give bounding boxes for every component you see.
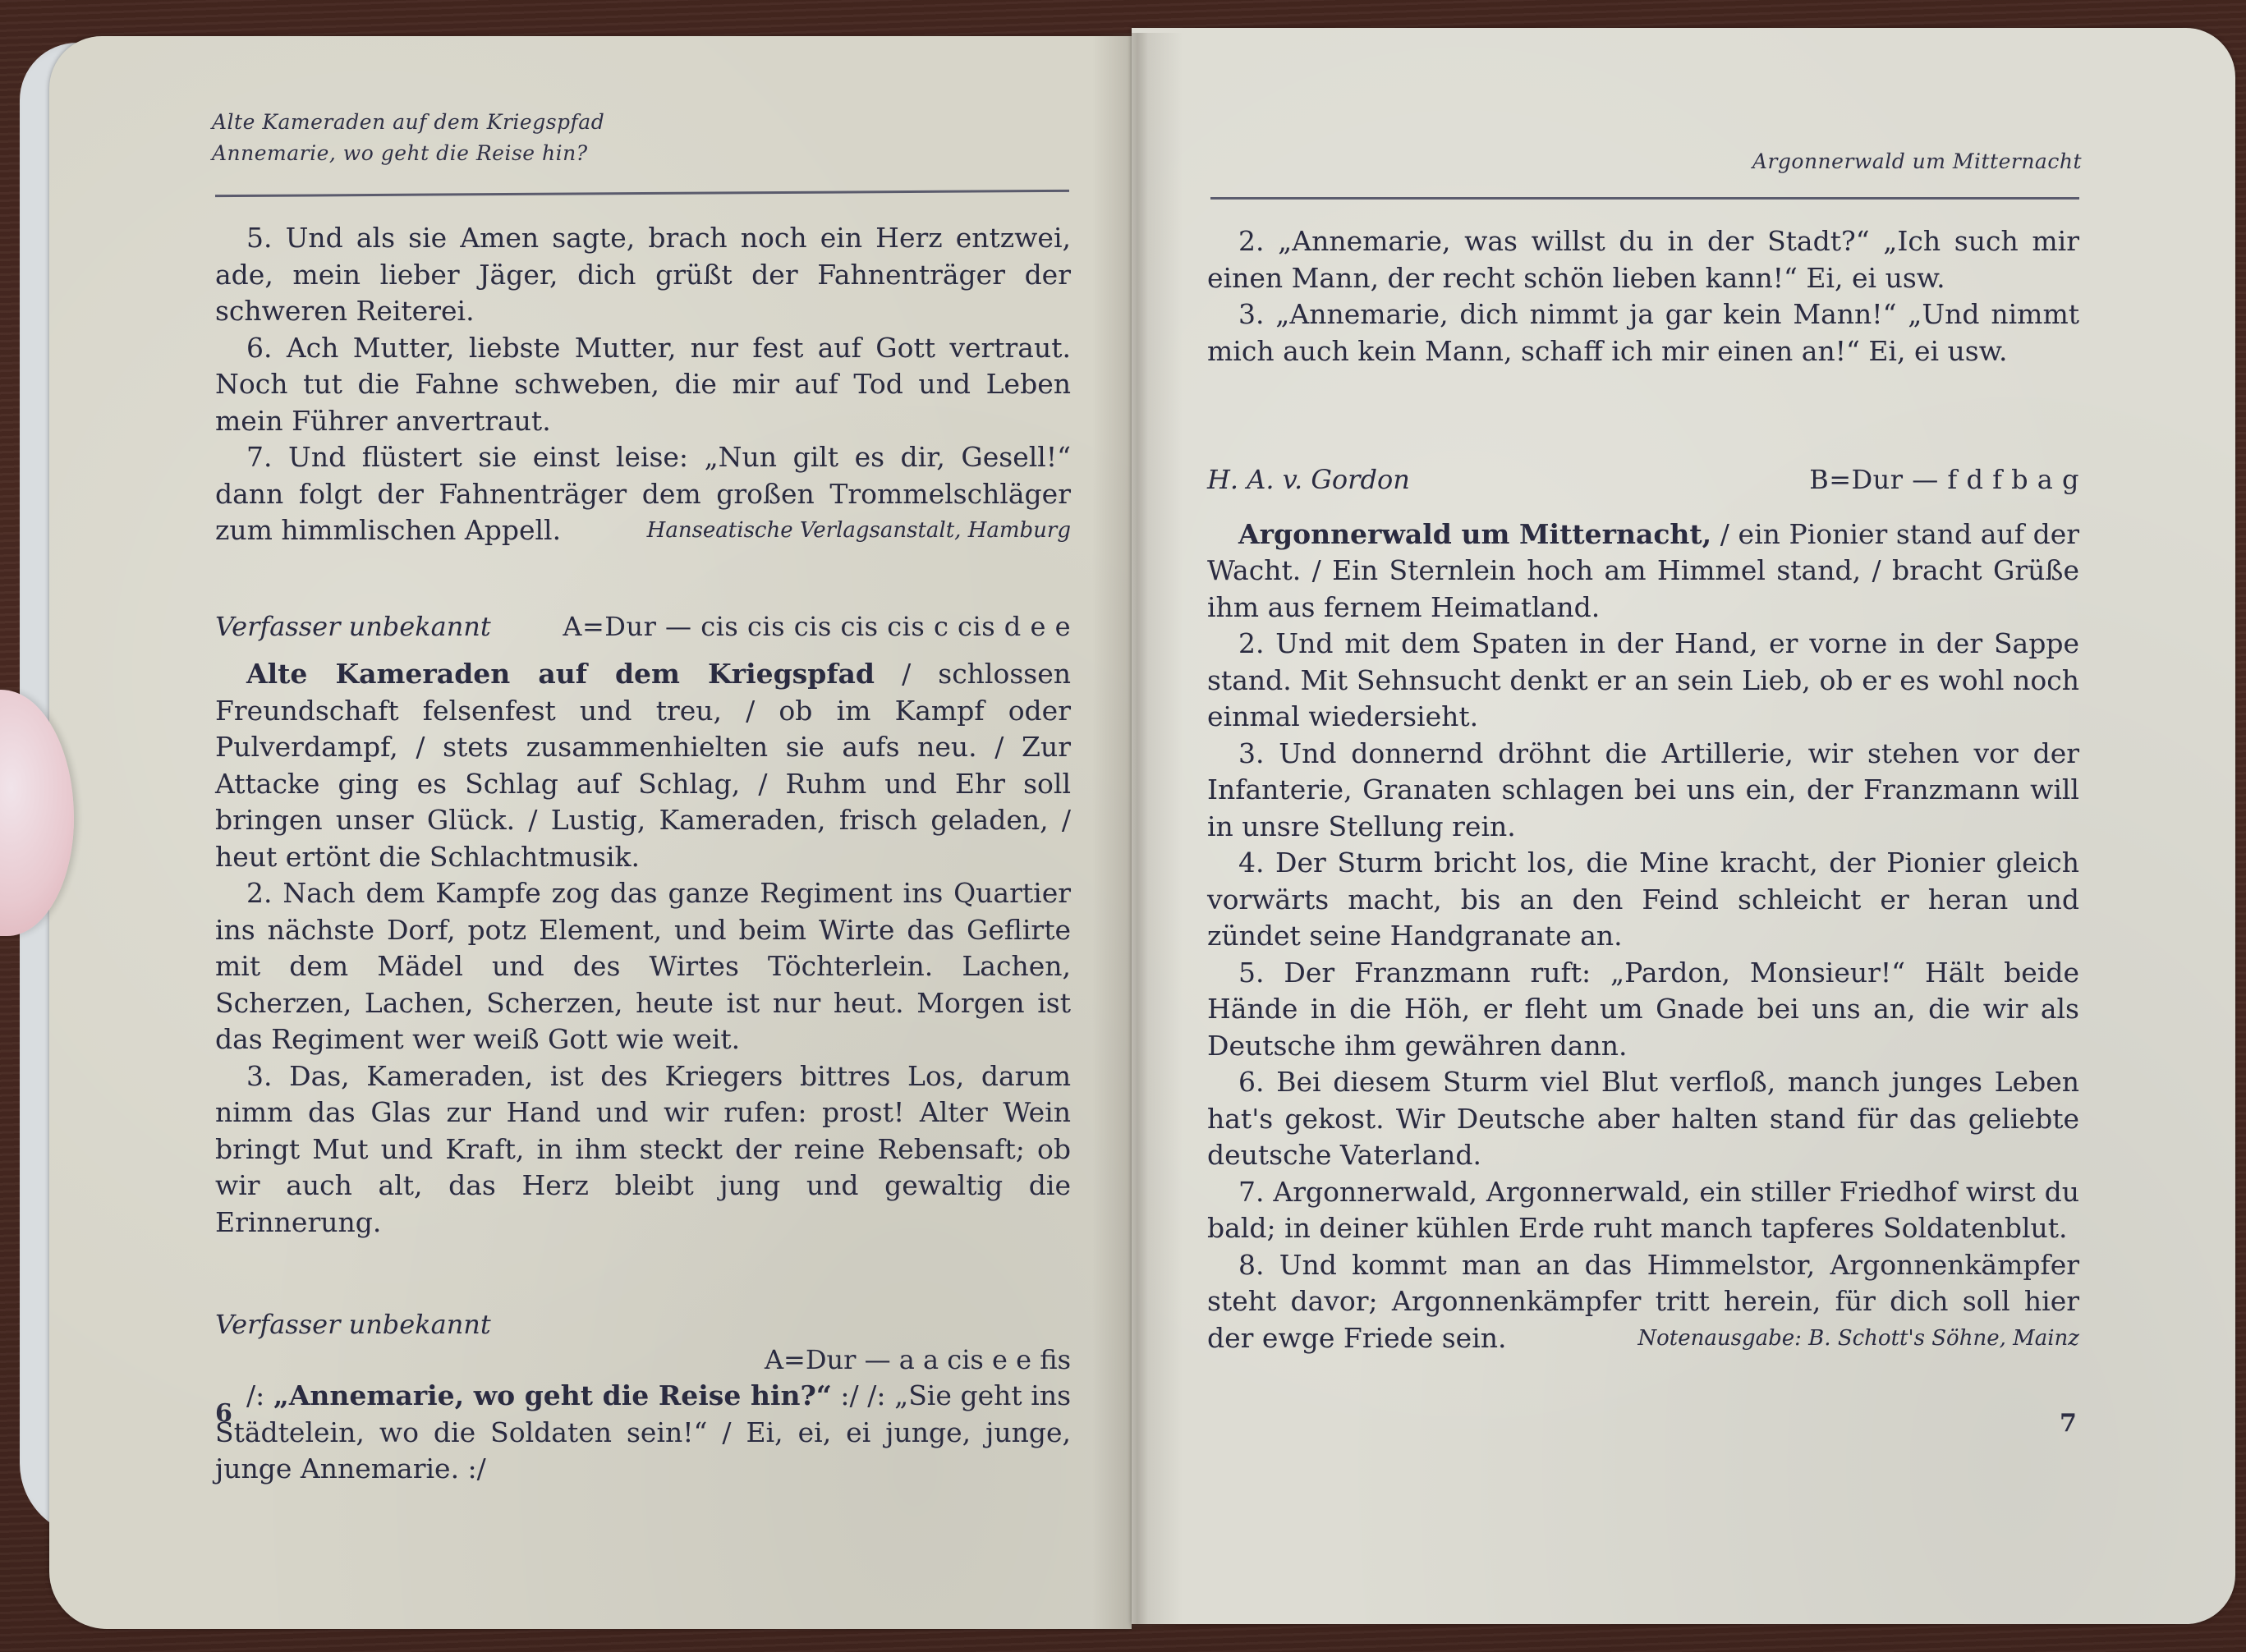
verse-7-argonnerwald: 7. Argonnerwald, Argonnerwald, ein still… bbox=[1207, 1174, 2079, 1247]
spacer bbox=[1207, 369, 2079, 461]
repeat-sign: /: bbox=[246, 1379, 273, 1411]
song-author: Verfasser unbekannt bbox=[215, 608, 491, 645]
song-header-alte-kameraden: Verfasser unbekannt A=Dur — cis cis cis … bbox=[215, 608, 1071, 645]
verse-6-argonnerwald: 6. Bei diesem Sturm viel Blut verfloß, m… bbox=[1207, 1064, 2079, 1174]
verse-5-argonnerwald: 5. Der Franzmann ruft: „Pardon, Monsieur… bbox=[1207, 955, 2079, 1065]
right-running-head: Argonnerwald um Mitternacht bbox=[1752, 146, 2082, 177]
verse-3-argonnerwald: 3. Und donnernd dröhnt die Artillerie, w… bbox=[1207, 736, 2079, 846]
page-number-right: 7 bbox=[2060, 1409, 2077, 1438]
running-head-line-1: Alte Kameraden auf dem Kriegspfad bbox=[212, 107, 604, 138]
song-title: Alte Kameraden auf dem Kriegspfad bbox=[246, 658, 875, 690]
verse-6-fahnentraeger: 6. Ach Mutter, liebste Mutter, nur fest … bbox=[215, 330, 1071, 440]
verse-4-argonnerwald: 4. Der Sturm bricht los, die Mine kracht… bbox=[1207, 845, 2079, 955]
verse-3-alte-kameraden: 3. Das, Kameraden, ist des Kriegers bitt… bbox=[215, 1058, 1071, 1241]
spacer bbox=[1207, 498, 2079, 516]
page-number-left: 6 bbox=[215, 1399, 232, 1428]
song-header-argonnerwald: H. A. v. Gordon B=Dur — f d f b a g bbox=[1207, 461, 2079, 498]
first-verse-text: / schlossen Freundschaft felsenfest und … bbox=[215, 658, 1071, 873]
publisher-credit: Hanseatische Verlagsanstalt, Hamburg bbox=[616, 512, 1071, 549]
verse-2-alte-kameraden: 2. Nach dem Kampfe zog das ganze Regimen… bbox=[215, 875, 1071, 1058]
song-first-verse: /: „Annemarie, wo geht die Reise hin?“ :… bbox=[215, 1378, 1071, 1488]
song-first-verse: Alte Kameraden auf dem Kriegspfad / schl… bbox=[215, 656, 1071, 875]
song-header-annemarie: Verfasser unbekannt A=Dur — a a cis e e … bbox=[215, 1306, 1071, 1378]
left-page-text: 5. Und als sie Amen sagte, brach noch ei… bbox=[215, 220, 1071, 1488]
right-page-text: 2. „Annemarie, was willst du in der Stad… bbox=[1207, 223, 2079, 1356]
song-title: Argonnerwald um Mitternacht, bbox=[1238, 518, 1711, 550]
running-head-line-2: Annemarie, wo geht die Reise hin? bbox=[212, 138, 604, 169]
spacer bbox=[215, 1241, 1071, 1306]
song-key: B=Dur — f d f b a g bbox=[1809, 461, 2079, 498]
song-first-verse: Argonnerwald um Mitternacht, / ein Pioni… bbox=[1207, 516, 2079, 626]
verse-2-annemarie: 2. „Annemarie, was willst du in der Stad… bbox=[1207, 223, 2079, 296]
song-author: Verfasser unbekannt bbox=[215, 1306, 1071, 1343]
song-key: A=Dur — a a cis e e fis bbox=[215, 1342, 1071, 1379]
song-title: „Annemarie, wo geht die Reise hin?“ bbox=[273, 1379, 832, 1411]
song-key: A=Dur — cis cis cis cis cis c cis d e e bbox=[563, 608, 1071, 645]
verse-8-argonnerwald: 8. Und kommt man an das Himmelstor, Argo… bbox=[1207, 1247, 2079, 1357]
verse-7-fahnentraeger: 7. Und flüstert sie einst leise: „Nun gi… bbox=[215, 439, 1071, 549]
spacer bbox=[215, 549, 1071, 608]
header-rule-right bbox=[1210, 197, 2079, 200]
verse-5-fahnentraeger: 5. Und als sie Amen sagte, brach noch ei… bbox=[215, 220, 1071, 330]
spacer bbox=[215, 645, 1071, 656]
song-author: H. A. v. Gordon bbox=[1207, 461, 1410, 498]
verse-3-annemarie: 3. „Annemarie, dich nimmt ja gar kein Ma… bbox=[1207, 296, 2079, 369]
left-running-head: Alte Kameraden auf dem Kriegspfad Annema… bbox=[212, 107, 604, 169]
verse-2-argonnerwald: 2. Und mit dem Spaten in der Hand, er vo… bbox=[1207, 626, 2079, 736]
publisher-credit: Notenausgabe: B. Schott's Söhne, Mainz bbox=[1606, 1320, 2079, 1357]
